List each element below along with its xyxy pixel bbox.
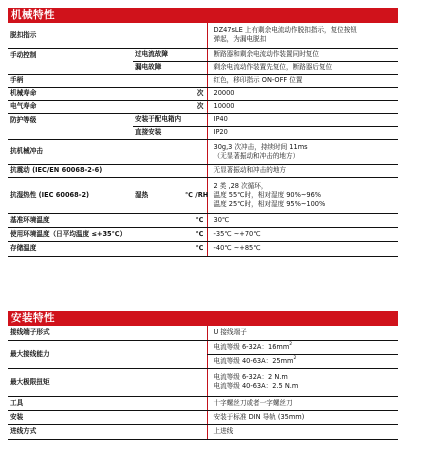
- value: 电流等级 40-63A：25mm2: [207, 354, 398, 368]
- mechanical-spec-table: 脱扣指示 DZ47sLE 上有剩余电流动作脱扣指示，复位按钮 弹起，为漏电脱扣 …: [8, 23, 398, 257]
- value: 红色，移印指示 ON-OFF 位置: [207, 74, 398, 87]
- label: 电气寿命: [8, 100, 183, 113]
- mechanical-section-title: 机械特性: [8, 8, 398, 23]
- row-manual-control-2: 漏电故障 剩余电流动作装置先复位，断路器后复位: [8, 61, 398, 74]
- row-mounting: 安装 安装于标准 DIN 导轨 (35mm): [8, 410, 398, 424]
- value-line-1: 2 类 ,28 次循环，: [214, 182, 399, 191]
- superscript: 2: [289, 342, 292, 347]
- empty-cell: [8, 61, 133, 74]
- label: 工具: [8, 396, 207, 410]
- label: 抗震动 (IEC/EN 60068-2-6): [8, 164, 207, 177]
- value-line-2: 弹起，为漏电脱扣: [214, 35, 399, 44]
- value-text: 电流等级 6-32A：16mm: [214, 343, 290, 351]
- value-line-2: （无显著振动和冲击的地方）: [214, 152, 399, 161]
- row-ref-temp: 基准环境温度 ℃ 30℃: [8, 213, 398, 227]
- value-line-1: 30g,3 次冲击，持续时间 11ms: [214, 143, 399, 152]
- label: 脱扣指示: [8, 23, 207, 48]
- row-protection-1: 防护等级 安装于配电箱内 IP40: [8, 113, 398, 126]
- unit: 次: [183, 100, 207, 113]
- value: 10000: [207, 100, 398, 113]
- value: 安装于标准 DIN 导轨 (35mm): [207, 410, 398, 424]
- row-tool: 工具 十字螺丝刀或者一字螺丝刀: [8, 396, 398, 410]
- label: 最大极限扭矩: [8, 368, 207, 396]
- installation-section: 安装特性 接线端子形式 U 接线端子 最大接线能力 电流等级 6-32A：16m…: [8, 311, 398, 440]
- value: 无显著振动和冲击的地方: [207, 164, 398, 177]
- value: IP40: [207, 113, 398, 126]
- unit: 次: [183, 87, 207, 100]
- value: 20000: [207, 87, 398, 100]
- label: 基准环境温度: [8, 213, 183, 227]
- value: 2 类 ,28 次循环， 温度 55℃时，相对湿度 90%~96% 温度 25℃…: [207, 177, 398, 213]
- row-max-wire-1: 最大接线能力 电流等级 6-32A：16mm2: [8, 340, 398, 354]
- row-handle: 手柄 红色，移印指示 ON-OFF 位置: [8, 74, 398, 87]
- sub-label: 湿热: [133, 177, 183, 213]
- value-line-3: 温度 25℃时，相对湿度 95%~100%: [214, 200, 399, 209]
- value: 剩余电流动作装置先复位，断路器后复位: [207, 61, 398, 74]
- label: 使用环境温度（日平均温度 ≤+35℃）: [8, 227, 183, 241]
- unit: ℃: [183, 241, 207, 256]
- value-line-2: 电流等级 40-63A：2.5 N.m: [214, 382, 399, 391]
- label: 防护等级: [8, 113, 133, 126]
- row-max-torque: 最大极限扭矩 电流等级 6-32A：2 N.m 电流等级 40-63A：2.5 …: [8, 368, 398, 396]
- value: 30g,3 次冲击，持续时间 11ms （无显著振动和冲击的地方）: [207, 139, 398, 164]
- value: 30℃: [207, 213, 398, 227]
- label: 进线方式: [8, 424, 207, 439]
- label: 机械寿命: [8, 87, 183, 100]
- installation-spec-table: 接线端子形式 U 接线端子 最大接线能力 电流等级 6-32A：16mm2 电流…: [8, 326, 398, 440]
- installation-section-title: 安装特性: [8, 311, 398, 326]
- label: 最大接线能力: [8, 340, 207, 368]
- sub-label: 安装于配电箱内: [133, 113, 207, 126]
- value: 上进线: [207, 424, 398, 439]
- value: IP20: [207, 126, 398, 139]
- row-elec-life: 电气寿命 次 10000: [8, 100, 398, 113]
- row-terminal: 接线端子形式 U 接线端子: [8, 326, 398, 340]
- sub-label: 过电流故障: [133, 48, 207, 61]
- label: 安装: [8, 410, 207, 424]
- value: U 接线端子: [207, 326, 398, 340]
- label: 抗机械冲击: [8, 139, 207, 164]
- sub-label: 直接安装: [133, 126, 207, 139]
- row-storage-temp: 存储温度 ℃ -40℃ ~+85℃: [8, 241, 398, 256]
- superscript: 2: [293, 356, 296, 361]
- row-op-temp: 使用环境温度（日平均温度 ≤+35℃） ℃ -35℃ ~+70℃: [8, 227, 398, 241]
- row-shock: 抗机械冲击 30g,3 次冲击，持续时间 11ms （无显著振动和冲击的地方）: [8, 139, 398, 164]
- value: -35℃ ~+70℃: [207, 227, 398, 241]
- label: 抗湿热性 (IEC 60068-2): [8, 177, 133, 213]
- row-protection-2: 直接安装 IP20: [8, 126, 398, 139]
- value-line-2: 温度 55℃时，相对湿度 90%~96%: [214, 191, 399, 200]
- value-line-1: DZ47sLE 上有剩余电流动作脱扣指示，复位按钮: [214, 26, 399, 35]
- value: 断路器和剩余电流动作装置同时复位: [207, 48, 398, 61]
- empty-cell: [8, 126, 133, 139]
- value: DZ47sLE 上有剩余电流动作脱扣指示，复位按钮 弹起，为漏电脱扣: [207, 23, 398, 48]
- row-manual-control-1: 手动控制 过电流故障 断路器和剩余电流动作装置同时复位: [8, 48, 398, 61]
- row-damp-heat: 抗湿热性 (IEC 60068-2) 湿热 ℃ /RH 2 类 ,28 次循环，…: [8, 177, 398, 213]
- row-trip-indication: 脱扣指示 DZ47sLE 上有剩余电流动作脱扣指示，复位按钮 弹起，为漏电脱扣: [8, 23, 398, 48]
- value: -40℃ ~+85℃: [207, 241, 398, 256]
- row-wiring: 进线方式 上进线: [8, 424, 398, 439]
- value: 电流等级 6-32A：16mm2: [207, 340, 398, 354]
- label: 手柄: [8, 74, 207, 87]
- label: 接线端子形式: [8, 326, 207, 340]
- value: 电流等级 6-32A：2 N.m 电流等级 40-63A：2.5 N.m: [207, 368, 398, 396]
- sub-label: 漏电故障: [133, 61, 207, 74]
- unit: ℃: [183, 213, 207, 227]
- mechanical-section: 机械特性 脱扣指示 DZ47sLE 上有剩余电流动作脱扣指示，复位按钮 弹起，为…: [8, 8, 398, 257]
- value-text: 电流等级 40-63A：25mm: [214, 357, 294, 365]
- label: 存储温度: [8, 241, 183, 256]
- label: 手动控制: [8, 48, 133, 61]
- row-mech-life: 机械寿命 次 20000: [8, 87, 398, 100]
- unit: ℃ /RH: [183, 177, 207, 213]
- value-line-1: 电流等级 6-32A：2 N.m: [214, 373, 399, 382]
- unit: ℃: [183, 227, 207, 241]
- row-vibration: 抗震动 (IEC/EN 60068-2-6) 无显著振动和冲击的地方: [8, 164, 398, 177]
- value: 十字螺丝刀或者一字螺丝刀: [207, 396, 398, 410]
